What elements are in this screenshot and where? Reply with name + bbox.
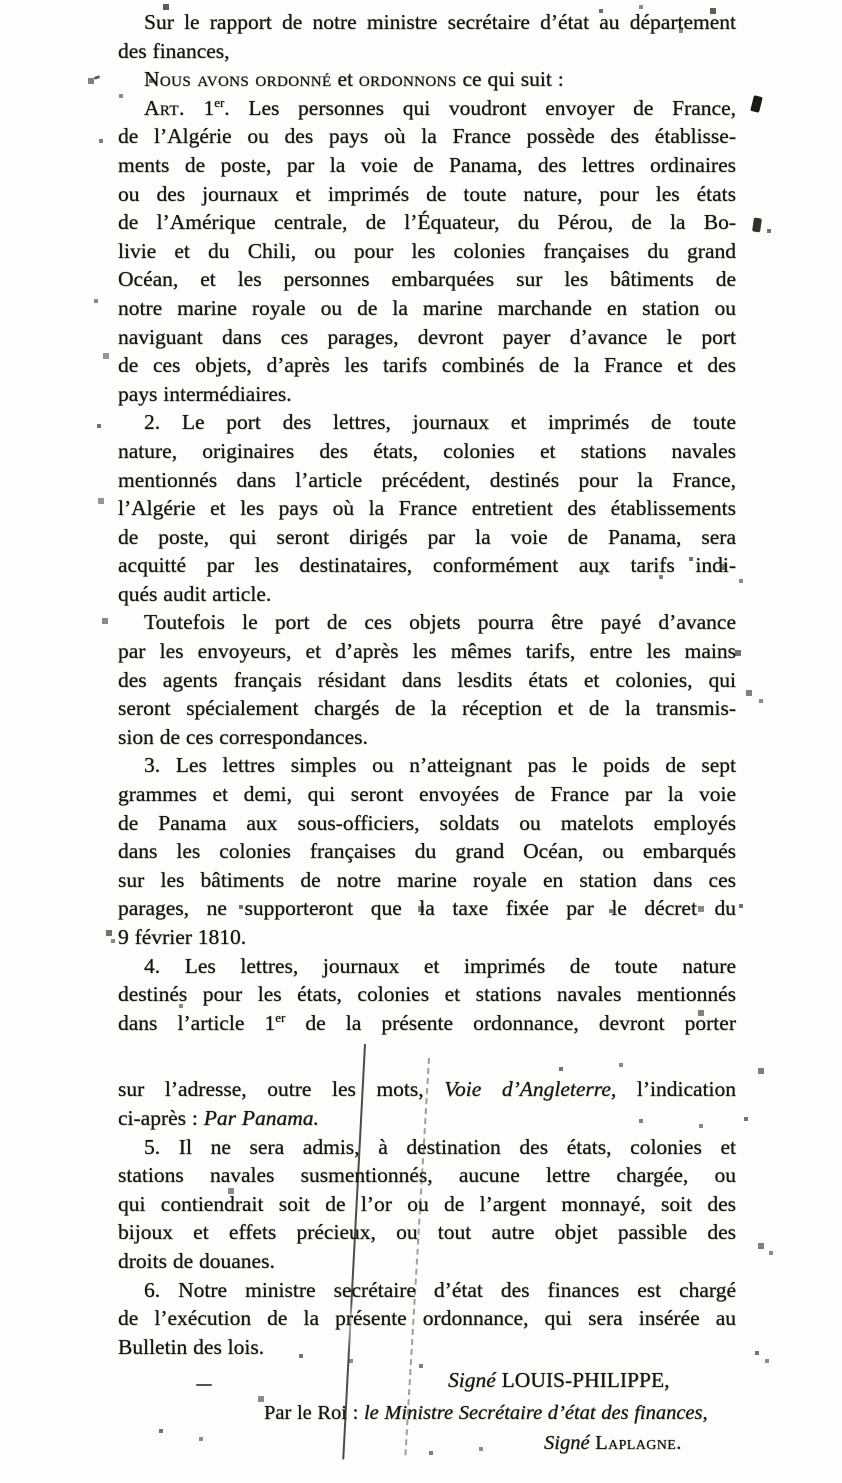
text-line: dans l’article 1er de la présente ordonn… (118, 1009, 736, 1038)
ordinance-bottom-section: sur l’adresse, outre les mots, Voie d’An… (118, 1075, 736, 1361)
text-segment: droits de douanes. (118, 1249, 275, 1273)
text-segment: des agents français résidant dans lesdit… (118, 668, 736, 692)
text-segment: l’indication (616, 1077, 736, 1101)
text-segment: pays intermédiaires. (118, 382, 292, 406)
text-line: bijoux et effets précieux, ou tout autre… (118, 1218, 736, 1247)
text-line: destinés pour les états, colonies et sta… (118, 980, 736, 1009)
text-segment: des finances, (118, 39, 230, 63)
text-line: 2. Le port des lettres, journaux et impr… (118, 408, 736, 437)
ink-speck-layer (0, 0, 2, 2)
text-segment: 3. Les lettres simples ou n’atteignant p… (144, 753, 736, 777)
text-line: de l’Algérie ou des pays où la France po… (118, 122, 736, 151)
text-line: des finances, (118, 37, 736, 66)
text-line: naviguant dans ces parages, devront paye… (118, 323, 736, 352)
text-line: Nous avons ordonné et ordonnons ce qui s… (118, 65, 736, 94)
text-line: droits de douanes. (118, 1247, 736, 1276)
text-segment: sion de ces correspondances. (118, 725, 368, 749)
smudge-mark (750, 95, 763, 113)
text-segment: Par le Roi : (264, 1402, 364, 1424)
italic-text: le Ministre Secrétaire d’état des financ… (364, 1402, 708, 1424)
text-line: de l’Amérique centrale, de l’Équateur, d… (118, 208, 736, 237)
text-segment: . Les personnes qui voudront envoyer de … (224, 96, 736, 120)
text-segment: nature, originaires des états, colonies … (118, 439, 736, 463)
text-line: pays intermédiaires. (118, 380, 736, 409)
text-line: grammes et demi, qui seront envoyées de … (118, 780, 736, 809)
text-line: 3. Les lettres simples ou n’atteignant p… (118, 751, 736, 780)
text-line: 4. Les lettres, journaux et imprimés de … (118, 952, 736, 981)
text-segment: dans l’article 1 (118, 1011, 275, 1035)
text-line: Art. 1er. Les personnes qui voudront env… (118, 94, 736, 123)
small-caps-text: Nous avons ordonné (144, 67, 332, 91)
text-line: de l’exécution de la présente ordonnance… (118, 1304, 736, 1333)
text-line: Océan, et les personnes embarquées sur l… (118, 265, 736, 294)
smudge-mark (94, 75, 101, 80)
text-segment: 1 (185, 96, 214, 120)
text-line: ou des journaux et imprimés de toute nat… (118, 180, 736, 209)
small-caps-text: ordonnons (359, 67, 457, 91)
text-segment: Océan, et les personnes embarquées sur l… (118, 267, 736, 291)
text-line: qués audit article. (118, 580, 736, 609)
text-segment: sur les bâtiments de notre marine royale… (118, 868, 736, 892)
text-segment: de l’Amérique centrale, de l’Équateur, d… (118, 210, 736, 234)
text-segment: sur l’adresse, outre les mots, (118, 1077, 444, 1101)
text-segment: de l’Algérie ou des pays où la France po… (118, 124, 736, 148)
text-segment: bijoux et effets précieux, ou tout autre… (118, 1220, 736, 1244)
text-segment: et (332, 67, 359, 91)
ordinance-top-section: Sur le rapport de notre ministre secréta… (118, 8, 736, 1037)
text-segment: 5. Il ne sera admis, à destination des é… (144, 1135, 736, 1159)
text-segment: de ces objets, d’après les tarifs combin… (118, 353, 736, 377)
text-line: qui contiendrait soit de l’or ou de l’ar… (118, 1190, 736, 1219)
text-segment: de Panama aux sous-officiers, soldats ou… (118, 811, 736, 835)
superscript-text: er (275, 1011, 285, 1025)
text-segment: 2. Le port des lettres, journaux et impr… (144, 410, 736, 434)
text-segment: Sur le rapport de notre ministre secréta… (144, 10, 736, 34)
text-segment: naviguant dans ces parages, devront paye… (118, 325, 736, 349)
text-segment: mentionnés dans l’article précédent, des… (118, 468, 736, 492)
text-line: dans les colonies françaises du grand Oc… (118, 837, 736, 866)
text-segment: de l’exécution de la présente ordonnance… (118, 1306, 736, 1330)
text-line: Signé Laplagne. (544, 1428, 736, 1458)
text-line: livie et du Chili, ou pour les colonies … (118, 237, 736, 266)
text-line: notre marine royale ou de la marine marc… (118, 294, 736, 323)
text-segment: seront spécialement chargés de la récept… (118, 696, 736, 720)
text-line: sion de ces correspondances. (118, 723, 736, 752)
text-segment: 6. Notre ministre secrétaire d’état des … (144, 1278, 736, 1302)
text-segment: 4. Les lettres, journaux et imprimés de … (144, 954, 736, 978)
text-line: Signé LOUIS-PHILIPPE, (448, 1365, 736, 1395)
text-line: de poste, qui seront dirigés par la voie… (118, 523, 736, 552)
italic-text: Par Panama. (204, 1106, 319, 1130)
smudge-mark (752, 218, 762, 233)
text-segment: de poste, qui seront dirigés par la voie… (118, 525, 736, 549)
text-segment: LOUIS-PHILIPPE, (496, 1368, 670, 1392)
text-segment: par les envoyeurs, et d’après les mêmes … (118, 639, 736, 663)
small-caps-text: Art. (144, 96, 185, 120)
text-line: de ces objets, d’après les tarifs combin… (118, 351, 736, 380)
text-segment: ments de poste, par la voie de Panama, d… (118, 153, 736, 177)
text-line: 5. Il ne sera admis, à destination des é… (118, 1133, 736, 1162)
superscript-text: er (214, 96, 224, 110)
text-segment: 9 février 1810. (118, 925, 246, 949)
text-line: Sur le rapport de notre ministre secréta… (118, 8, 736, 37)
text-segment: notre marine royale ou de la marine marc… (118, 296, 736, 320)
text-line: de Panama aux sous-officiers, soldats ou… (118, 809, 736, 838)
text-line: mentionnés dans l’article précédent, des… (118, 466, 736, 495)
text-segment: parages, ne supporteront que la taxe fix… (118, 896, 736, 920)
text-segment: Toutefois le port de ces objets pourra ê… (144, 610, 736, 634)
signature-block: Signé LOUIS-PHILIPPE,Par le Roi : le Min… (118, 1365, 736, 1458)
italic-text: Signé (448, 1368, 496, 1392)
text-line: Bulletin des lois. (118, 1333, 736, 1362)
text-line: acquitté par les destinataires, conformé… (118, 551, 736, 580)
text-line: stations navales susmentionnés, aucune l… (118, 1161, 736, 1190)
text-segment: grammes et demi, qui seront envoyées de … (118, 782, 736, 806)
italic-text: Signé (544, 1432, 590, 1454)
text-line: sur les bâtiments de notre marine royale… (118, 866, 736, 895)
text-segment: ou des journaux et imprimés de toute nat… (118, 182, 736, 206)
text-segment: Bulletin des lois. (118, 1335, 264, 1359)
text-line: 6. Notre ministre secrétaire d’état des … (118, 1276, 736, 1305)
text-segment: ci-après : (118, 1106, 204, 1130)
text-line: par les envoyeurs, et d’après les mêmes … (118, 637, 736, 666)
italic-text: Voie d’Angleterre, (444, 1077, 616, 1101)
text-segment: livie et du Chili, ou pour les colonies … (118, 239, 736, 263)
text-line: l’Algérie et les pays où la France entre… (118, 494, 736, 523)
text-line: des agents français résidant dans lesdit… (118, 666, 736, 695)
smudge-mark (196, 1384, 212, 1386)
small-caps-text: Laplagne. (595, 1432, 682, 1454)
text-segment: destinés pour les états, colonies et sta… (118, 982, 736, 1006)
text-segment: qui contiendrait soit de l’or ou de l’ar… (118, 1192, 736, 1216)
text-line: 9 février 1810. (118, 923, 736, 952)
text-line: parages, ne supporteront que la taxe fix… (118, 894, 736, 923)
text-line: seront spécialement chargés de la récept… (118, 694, 736, 723)
text-segment: stations navales susmentionnés, aucune l… (118, 1163, 736, 1187)
text-line: ments de poste, par la voie de Panama, d… (118, 151, 736, 180)
text-segment: ce qui suit : (457, 67, 564, 91)
text-line: nature, originaires des états, colonies … (118, 437, 736, 466)
text-line: Toutefois le port de ces objets pourra ê… (118, 608, 736, 637)
text-segment: l’Algérie et les pays où la France entre… (118, 496, 736, 520)
text-line: Par le Roi : le Ministre Secrétaire d’ét… (264, 1398, 736, 1428)
text-segment: de la présente ordonnance, devront porte… (285, 1011, 736, 1035)
page-column: Sur le rapport de notre ministre secréta… (118, 8, 736, 1458)
text-segment: dans les colonies françaises du grand Oc… (118, 839, 736, 863)
text-segment: acquitté par les destinataires, conformé… (118, 553, 736, 577)
text-segment: qués audit article. (118, 582, 271, 606)
